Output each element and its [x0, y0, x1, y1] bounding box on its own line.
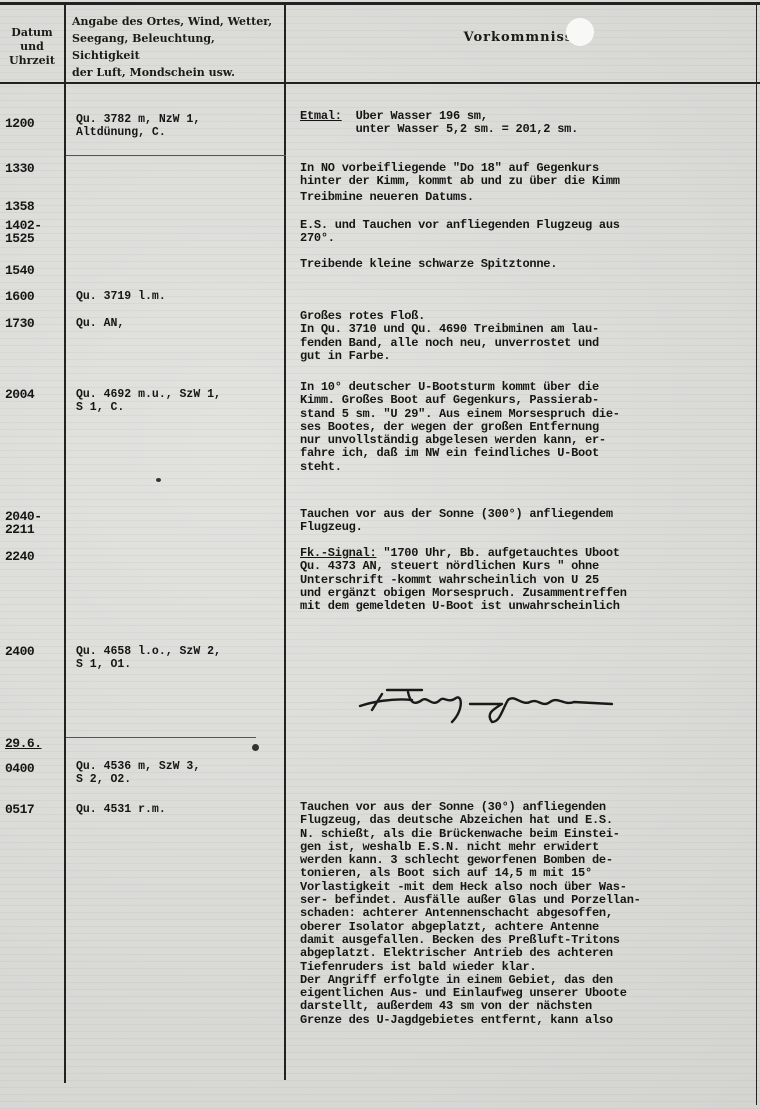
- entry-time: 1540: [2, 264, 65, 277]
- entry-place-weather: Qu. 3719 l.m.: [76, 290, 282, 303]
- row-divider: [66, 737, 256, 738]
- ink-speck: [156, 478, 161, 482]
- column-divider: [284, 5, 286, 1080]
- event-text: Großes rotes Floß. In Qu. 3710 und Qu. 4…: [300, 310, 599, 363]
- entry-time: 2400: [2, 645, 65, 658]
- entry-time: 1330: [2, 162, 65, 175]
- entry-place-weather: Qu. 4658 l.o., SzW 2, S 1, O1.: [76, 645, 282, 671]
- entry-time: 1358: [2, 200, 65, 213]
- entry-event: E.S. und Tauchen vor anfliegenden Flugze…: [300, 219, 760, 246]
- header-events: Vorkommnisse: [290, 30, 756, 46]
- entry-time: 1200: [2, 117, 65, 130]
- entry-time: 2040- 2211: [2, 510, 65, 536]
- event-text: Tauchen vor aus der Sonne (300°) anflieg…: [300, 508, 613, 534]
- entry-event: In NO vorbeifliegende "Do 18" auf Gegenk…: [300, 162, 760, 189]
- entry-place-weather: Qu. 3782 m, NzW 1, Altdünung, C.: [76, 113, 282, 139]
- event-label: Fk.-Signal:: [300, 547, 376, 560]
- signature-icon: [352, 680, 692, 730]
- entry-time: 1600: [2, 290, 65, 303]
- event-text: Tauchen vor aus der Sonne (30°) anfliege…: [300, 801, 641, 1027]
- punch-hole: [566, 18, 594, 46]
- entry-event: Tauchen vor aus der Sonne (300°) anflieg…: [300, 508, 760, 535]
- entry-event: Fk.-Signal: "1700 Uhr, Bb. aufgetauchtes…: [300, 547, 760, 613]
- header-place-weather: Angabe des Ortes, Wind, Wetter, Seegang,…: [68, 13, 286, 81]
- entry-place-weather: Qu. 4692 m.u., SzW 1, S 1, C.: [76, 388, 282, 414]
- entry-event: Treibende kleine schwarze Spitztonne.: [300, 258, 760, 271]
- entry-time: 0400: [2, 762, 65, 775]
- row-divider: [66, 155, 286, 156]
- log-page: Datum und Uhrzeit Angabe des Ortes, Wind…: [0, 0, 760, 1109]
- event-text: Über Wasser 196 sm, unter Wasser 5,2 sm.…: [300, 110, 578, 136]
- entry-time: 1402- 1525: [2, 219, 65, 245]
- event-text: E.S. und Tauchen vor anfliegenden Flugze…: [300, 219, 620, 245]
- entry-time: 2240: [2, 550, 65, 563]
- entry-time: 0517: [2, 803, 65, 816]
- header-date-time: Datum und Uhrzeit: [2, 26, 62, 68]
- entry-event: Tauchen vor aus der Sonne (30°) anfliege…: [300, 801, 760, 1027]
- event-label: Etmal:: [300, 110, 342, 123]
- entry-time: 2004: [2, 388, 65, 401]
- top-rule: [0, 2, 760, 5]
- entry-time: 1730: [2, 317, 65, 330]
- event-text: Treibende kleine schwarze Spitztonne.: [300, 258, 557, 271]
- entry-event: Großes rotes Floß. In Qu. 3710 und Qu. 4…: [300, 310, 760, 363]
- entry-event: In 10° deutscher U-Bootsturm kommt über …: [300, 381, 760, 474]
- log-date: 29.6.: [2, 737, 65, 750]
- entry-place-weather: Qu. 4531 r.m.: [76, 803, 282, 816]
- entry-event: Treibmine neueren Datums.: [300, 191, 760, 204]
- entry-place-weather: Qu. AN,: [76, 317, 282, 330]
- ink-speck: [252, 744, 259, 751]
- event-text: In NO vorbeifliegende "Do 18" auf Gegenk…: [300, 162, 620, 188]
- event-text: Treibmine neueren Datums.: [300, 191, 474, 204]
- header-rule: [0, 82, 760, 84]
- entry-event: Etmal: Über Wasser 196 sm, unter Wasser …: [300, 110, 760, 137]
- event-text: In 10° deutscher U-Bootsturm kommt über …: [300, 381, 620, 474]
- entry-place-weather: Qu. 4536 m, SzW 3, S 2, O2.: [76, 760, 282, 786]
